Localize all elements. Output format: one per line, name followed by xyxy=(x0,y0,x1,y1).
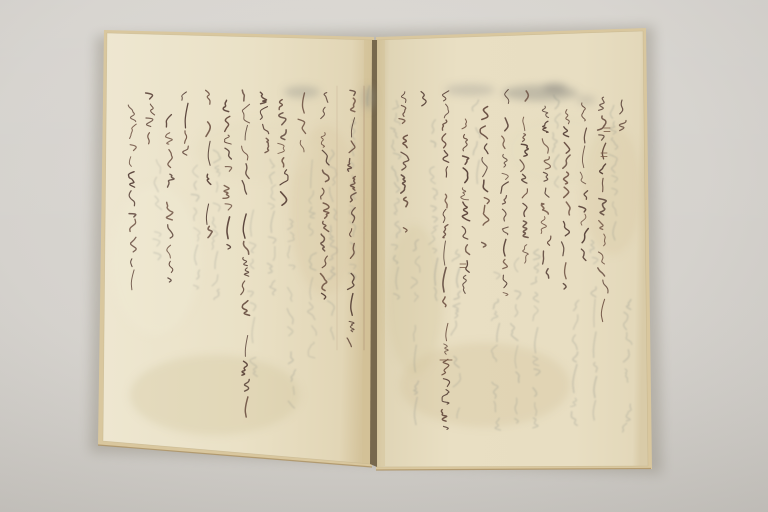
gutter-right-bevel xyxy=(377,40,385,467)
manuscript-photo xyxy=(0,0,768,512)
glyph-stroke xyxy=(602,178,603,191)
manuscript-photo-canvas xyxy=(0,0,768,512)
glyph-stroke xyxy=(293,387,294,395)
